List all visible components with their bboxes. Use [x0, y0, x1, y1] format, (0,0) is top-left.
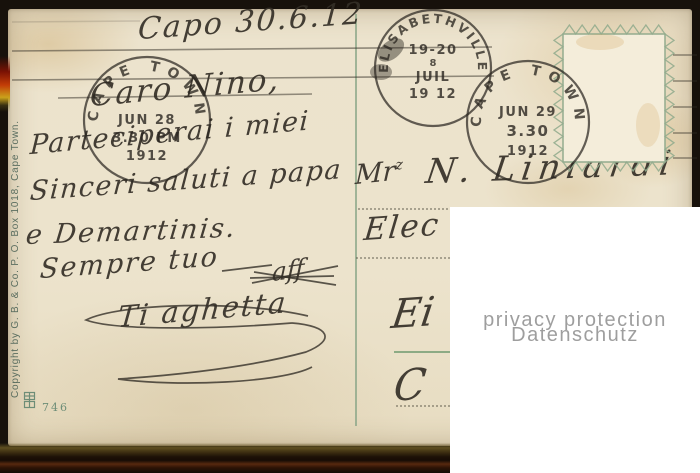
- address-honorific-text: Mr: [354, 156, 395, 192]
- address-green-line: [394, 351, 450, 353]
- card-number: 746: [42, 401, 69, 414]
- privacy-overlay-text: privacy protection Datenschutz: [450, 313, 700, 343]
- address-line-3-fragment: Ei: [389, 289, 437, 338]
- privacy-overlay: privacy protection Datenschutz: [450, 207, 700, 473]
- address-line-2-fragment: Elec: [362, 207, 442, 249]
- postcard-scan: Copyright by G. B. & Co. P. O. Box 1018,…: [0, 0, 700, 473]
- address-line-4-fragment: C: [391, 358, 428, 411]
- copyright-sideline: Copyright by G. B. & Co. P. O. Box 1018,…: [10, 52, 21, 398]
- address-honorific-sup: z: [395, 157, 403, 174]
- handwriting-struck-word: aff: [271, 253, 304, 287]
- scan-light-leak: [0, 56, 10, 112]
- address-dotted-line: [356, 257, 450, 259]
- address-divider-line: [355, 14, 357, 426]
- address-honorific: Mrz: [354, 155, 403, 191]
